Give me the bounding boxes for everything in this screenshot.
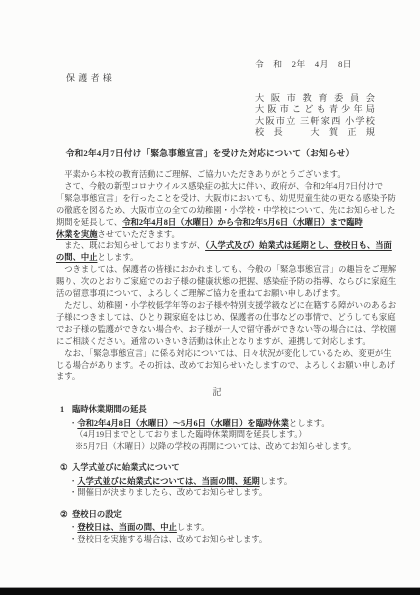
emphasized-text-segment: 休業を実施 xyxy=(56,230,98,239)
text-segment: させていただきます。 xyxy=(98,230,180,239)
body-line: でお子様の監護ができない場合や、お子様が一人で留守番ができない等の場合には、学校… xyxy=(56,324,386,336)
section-number: ② xyxy=(60,509,72,521)
section-line: ・入学式並びに始業式については、当面の間、延期します。 xyxy=(60,476,390,488)
text-segment: ・登校日を実施する場合は、改めてお知らせします。 xyxy=(69,535,267,544)
text-segment: ※5月7日（木曜日）以降の学校の再開については、改めてお知らせします。 xyxy=(75,442,356,451)
text-segment: とします。 xyxy=(98,253,139,262)
emphasized-text-segment: 令和2年4月8日（水曜日）～5月6日（水曜日）を臨時休業 xyxy=(77,419,289,428)
body-line: ます。 xyxy=(56,371,386,383)
document-title: 令和2年4月7日付け「緊急事態宣言」を受けた対応について（お知らせ） xyxy=(0,147,420,159)
emphasized-text-segment: （入学式及び）始業式は延期とし、登校日も、当面 xyxy=(205,241,392,250)
section-heading-text: 登校日の設定 xyxy=(72,510,122,519)
body-line: ただし、幼稚園・小学校低学年等のお子様や特別支援学級などに在籍する障がいのあるお xyxy=(56,300,386,312)
section-line: ※5月7日（木曜日）以降の学校の再開については、改めてお知らせします。 xyxy=(60,441,390,453)
section-heading-text: 臨時休業期間の延長 xyxy=(72,405,147,414)
section-number: ① xyxy=(60,462,72,474)
text-segment: また、既にお知らせしておりますが、 xyxy=(56,241,205,250)
section-line: （4月19日までとしておりました臨時休業期間を延長します。） xyxy=(60,429,390,441)
text-segment: 子様につきましては、ひとり親家庭をはじめ、保護者の仕事などの事情で、どうしても家… xyxy=(56,313,396,322)
text-segment: 平素から本校の教育活動にご理解、ご協力いただきありがとうございます。 xyxy=(56,170,346,179)
body-line: 休業を実施させていただきます。 xyxy=(56,229,386,241)
text-segment: なお、「緊急事態宣言」に係る対応については、日々状況が変化しているため、変更が生 xyxy=(56,349,392,358)
section-heading-text: 入学式並びに始業式について xyxy=(72,463,180,472)
emphasized-text-segment: 登校日は、当面の間、中止 xyxy=(77,523,177,532)
text-segment: ます。 xyxy=(56,372,80,381)
body-line: じる場合があります。その折は、改めてお知らせいたしますので、よろしくお願い申しあ… xyxy=(56,360,386,372)
notice-section: 1臨時休業期間の延長・令和2年4月8日（水曜日）～5月6日（水曜日）を臨時休業と… xyxy=(60,404,390,452)
text-segment: 賜り、次のとおりご家庭でのお子様の健康状態の把握、感染症予防の指導、ならびに家庭… xyxy=(56,277,396,286)
body-paragraphs: 平素から本校の教育活動にご理解、ご協力いただきありがとうございます。 さて、今般… xyxy=(56,169,386,383)
section-heading: ②登校日の設定 xyxy=(60,509,390,521)
emphasized-text-segment: の間、中止 xyxy=(56,253,98,262)
sender-line: 大阪市こども青少年局 xyxy=(255,104,375,115)
notice-section: ②登校日の設定・登校日は、当面の間、中止します。・登校日を実施する場合は、改めて… xyxy=(60,509,390,546)
body-line: にご相談ください。通常のいきいき活動は休止となりますが、連携して対応します。 xyxy=(56,336,386,348)
text-segment: でお子様の監護ができない場合や、お子様が一人で留守番ができない等の場合には、学校… xyxy=(56,325,396,334)
body-line: 平素から本校の教育活動にご理解、ご協力いただきありがとうございます。 xyxy=(56,169,386,181)
body-line: 「緊急事態宣言」を行ったことを受け、大阪市においても、幼児児童生徒の更なる感染予… xyxy=(56,193,386,205)
section-line: ・開催日が決まりましたら、改めてお知らせします。 xyxy=(60,487,390,499)
text-segment: つきましては、保護者の皆様におかれましても、今般の「緊急事態宣言」の趣旨をご理解 xyxy=(56,265,396,274)
body-line: の間、中止とします。 xyxy=(56,252,386,264)
notice-section: ①入学式並びに始業式について・入学式並びに始業式については、当面の間、延期します… xyxy=(60,462,390,499)
text-segment: します。 xyxy=(260,477,293,486)
sender-line: 大阪市立 三軒家西 小学校 xyxy=(255,116,375,127)
text-segment: ただし、幼稚園・小学校低学年等のお子様や特別支援学級などに在籍する障がいのあるお xyxy=(56,301,396,310)
body-line: 期間を延長して、令和2年4月8日（水曜日）から令和2年5月6日（水曜日）まで臨時 xyxy=(56,217,386,229)
body-line: さて、今般の新型コロナウイルス感染症の拡大に伴い、政府が、令和2年4月7日付けで xyxy=(56,181,386,193)
text-segment: 期間を延長して、 xyxy=(56,218,122,227)
text-segment: 「緊急事態宣言」を行ったことを受け、大阪市においても、幼児児童生徒の更なる感染予… xyxy=(56,194,396,203)
body-line: 活の留意事項について、よろしくご理解ご協力を重ねてお願い申しあげます。 xyxy=(56,288,386,300)
ki-marker: 記 xyxy=(56,385,378,398)
scan-bottom-bar xyxy=(0,587,420,595)
section-heading: 1臨時休業期間の延長 xyxy=(60,404,390,416)
text-segment: じる場合があります。その折は、改めてお知らせいたしますので、よろしくお願い申しあ… xyxy=(56,361,395,370)
text-segment: 活の留意事項について、よろしくご理解ご協力を重ねてお願い申しあげます。 xyxy=(56,289,345,298)
text-segment: （4月19日までとしておりました臨時休業期間を延長します。） xyxy=(75,430,307,439)
text-segment: さて、今般の新型コロナウイルス感染症の拡大に伴い、政府が、令和2年4月7日付けで xyxy=(56,182,383,191)
sender-line: 校長 大賀正規 xyxy=(255,127,375,138)
emphasized-text-segment: 令和2年4月8日（水曜日）から令和2年5月6日（水曜日）まで臨時 xyxy=(122,218,363,227)
section-line: ・令和2年4月8日（水曜日）～5月6日（水曜日）を臨時休業とします。 xyxy=(60,418,390,430)
section-line: ・登校日は、当面の間、中止します。 xyxy=(60,522,390,534)
text-segment: にご相談ください。通常のいきいき活動は休止となりますが、連携して対応します。 xyxy=(56,337,371,346)
text-segment: の徹底を図るため、大阪市立の全ての幼稚園・小学校・中学校について、先にお知らせし… xyxy=(56,206,395,215)
body-line: の徹底を図るため、大阪市立の全ての幼稚園・小学校・中学校について、先にお知らせし… xyxy=(56,205,386,217)
text-segment: ・開催日が決まりましたら、改めてお知らせします。 xyxy=(69,488,267,497)
section-line: ・登校日を実施する場合は、改めてお知らせします。 xyxy=(60,534,390,546)
body-line: 子様につきましては、ひとり親家庭をはじめ、保護者の仕事などの事情で、どうしても家… xyxy=(56,312,386,324)
text-segment: します。 xyxy=(177,523,210,532)
document-date: 令 和 2年 4月 8日 xyxy=(255,57,352,70)
body-line: つきましては、保護者の皆様におかれましても、今般の「緊急事態宣言」の趣旨をご理解 xyxy=(56,264,386,276)
body-line: なお、「緊急事態宣言」に係る対応については、日々状況が変化しているため、変更が生 xyxy=(56,348,386,360)
section-heading: ①入学式並びに始業式について xyxy=(60,462,390,474)
sender-block: 大阪市教育委員会大阪市こども青少年局大阪市立 三軒家西 小学校校長 大賀正規 xyxy=(255,93,375,138)
text-segment: とします。 xyxy=(289,419,330,428)
emphasized-text-segment: 入学式並びに始業式については、当面の間、延期 xyxy=(77,477,259,486)
notice-sections: 1臨時休業期間の延長・令和2年4月8日（水曜日）～5月6日（水曜日）を臨時休業と… xyxy=(60,404,390,555)
section-number: 1 xyxy=(60,404,72,416)
body-line: また、既にお知らせしておりますが、（入学式及び）始業式は延期とし、登校日も、当面 xyxy=(56,240,386,252)
body-line: 賜り、次のとおりご家庭でのお子様の健康状態の把握、感染症予防の指導、ならびに家庭… xyxy=(56,276,386,288)
document-page: 令 和 2年 4月 8日 保 護 者 様 大阪市教育委員会大阪市こども青少年局大… xyxy=(0,0,420,595)
recipient: 保 護 者 様 xyxy=(66,71,112,84)
sender-line: 大阪市教育委員会 xyxy=(255,93,375,104)
